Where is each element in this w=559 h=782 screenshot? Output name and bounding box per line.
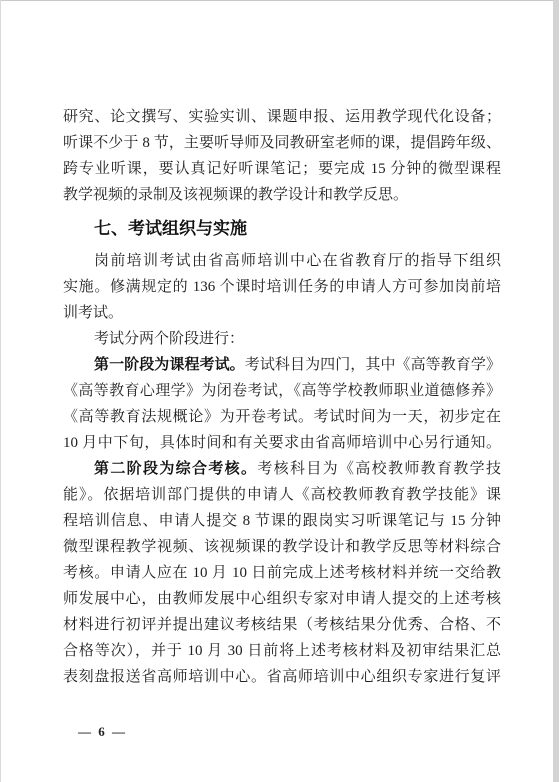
page-edge-left (0, 0, 1, 782)
stage-two-lead: 第二阶段为综合考核。 (94, 460, 257, 477)
body-line: 考试分两个阶段进行： (63, 326, 501, 352)
body-line: 合格等次），并于 10 月 30 日前将上述考核材料及初审结果汇总 (63, 638, 501, 664)
body-line: 第二阶段为综合考核。考核科目为《高校教师教育教学技 (63, 456, 501, 482)
body-line: 第一阶段为课程考试。考试科目为四门，其中《高等教育学》 (63, 352, 501, 378)
body-line: 跨专业听课，要认真记好听课笔记；要完成 15 分钟的微型课程 (63, 156, 501, 182)
body-line: 表刻盘报送省高师培训中心。省高师培训中心组织专家进行复评 (63, 664, 501, 690)
document-body: 研究、论文撰写、实验实训、课题申报、运用教学现代化设备； 听课不少于 8 节，主… (63, 104, 501, 690)
body-line: 师发展中心，由教师发展中心组织专家对申请人提交的上述考核 (63, 586, 501, 612)
body-line: 教学视频的录制及该视频课的教学设计和教学反思。 (63, 182, 501, 208)
page-number: — 6 — (78, 724, 127, 740)
body-line-text: 考试科目为四门，其中《高等教育学》 (245, 357, 501, 373)
body-line-text: 考核科目为《高校教师教育教学技 (257, 461, 501, 477)
page-edge-top (0, 0, 559, 1)
page-edge-right (553, 0, 559, 782)
body-line: 训考试。 (63, 300, 501, 326)
body-line: 材料进行初评并提出建议考核结果（考核结果分优秀、合格、不 (63, 612, 501, 638)
body-line: 10 月中下旬，具体时间和有关要求由省高师培训中心另行通知。 (63, 430, 501, 456)
stage-one-lead: 第一阶段为课程考试。 (94, 356, 245, 373)
body-line: 研究、论文撰写、实验实训、课题申报、运用教学现代化设备； (63, 104, 501, 130)
body-line: 《高等教育心理学》为闭卷考试，《高等学校教师职业道德修养》 (63, 378, 501, 404)
body-line: 岗前培训考试由省高师培训中心在省教育厅的指导下组织 (63, 248, 501, 274)
body-line: 听课不少于 8 节，主要听导师及同教研室老师的课，提倡跨年级、 (63, 130, 501, 156)
body-line: 考核。申请人应在 10 月 10 日前完成上述考核材料并统一交给教 (63, 560, 501, 586)
body-line: 程培训信息、申请人提交 8 节课的跟岗实习听课笔记与 15 分钟 (63, 508, 501, 534)
body-line: 实施。修满规定的 136 个课时培训任务的申请人方可参加岗前培 (63, 274, 501, 300)
body-line: 能》。依据培训部门提供的申请人《高校教师教育教学技能》课 (63, 482, 501, 508)
body-line: 微型课程教学视频、该视频课的教学设计和教学反思等材料综合 (63, 534, 501, 560)
body-line: 《高等教育法规概论》为开卷考试。考试时间为一天，初步定在 (63, 404, 501, 430)
document-page: 研究、论文撰写、实验实训、课题申报、运用教学现代化设备； 听课不少于 8 节，主… (0, 0, 559, 782)
section-heading: 七、考试组织与实施 (63, 214, 501, 244)
